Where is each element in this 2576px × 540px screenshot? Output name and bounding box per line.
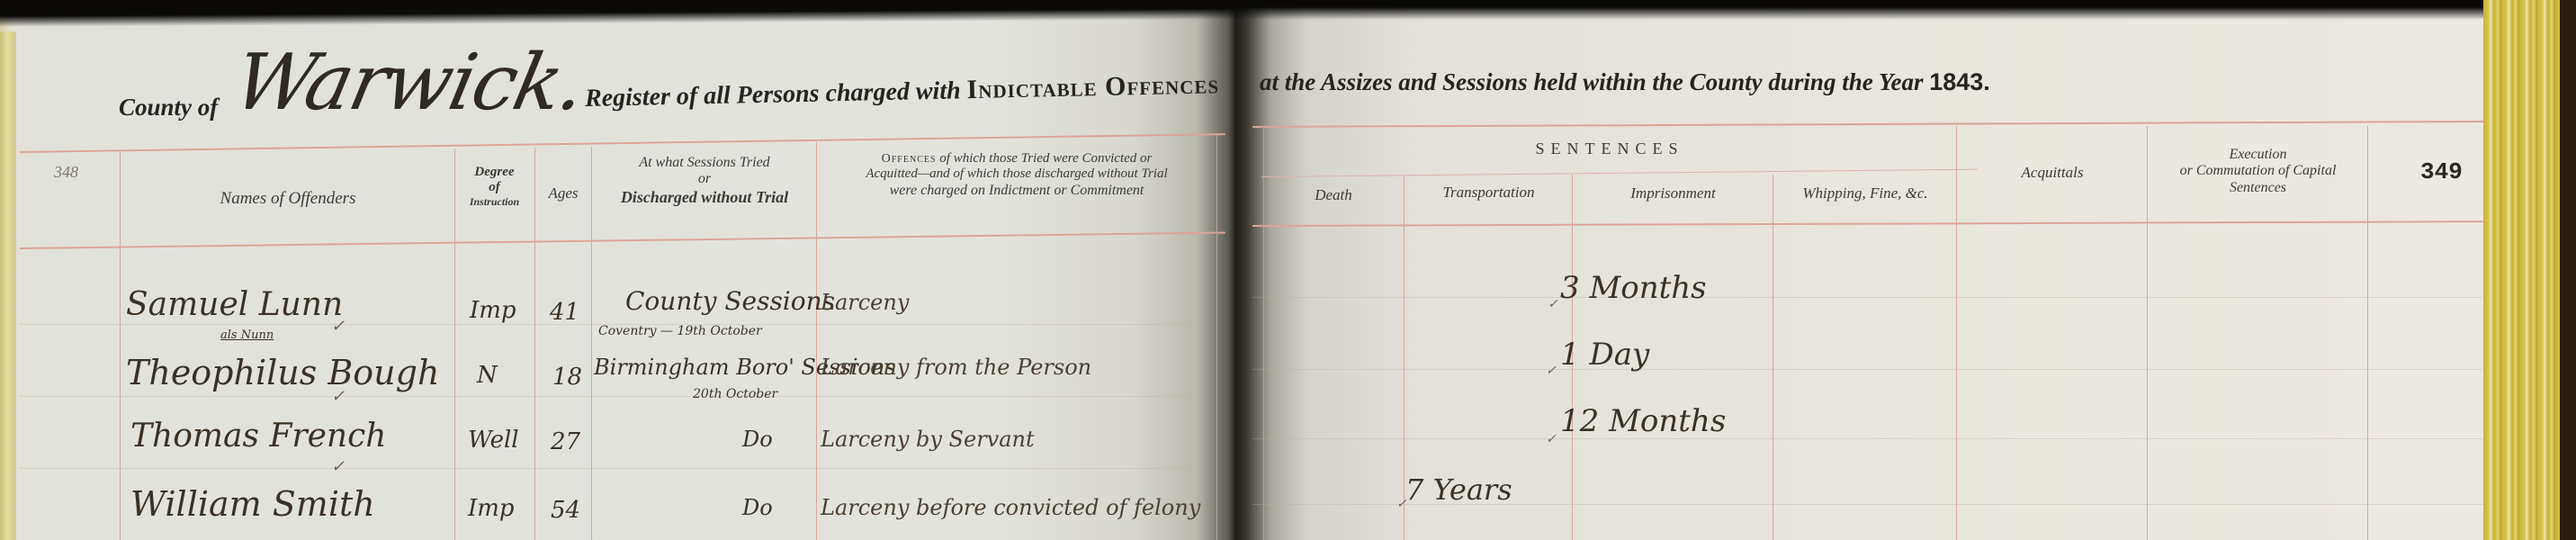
record-4-transportation: 7 Years [1405, 472, 1512, 507]
record-4-name: William Smith [130, 484, 375, 524]
record-1-name: Samuel Lunn [126, 286, 343, 323]
record-3-name: Thomas French [130, 418, 386, 454]
record-1-sessions-note: Coventry — 19th October [598, 324, 762, 338]
book-cover-edge [2560, 0, 2576, 540]
county-name: Warwick. [226, 38, 592, 128]
page-number-right: 349 [2420, 158, 2463, 185]
register-title: Register of all Persons charged with Ind… [585, 69, 1220, 113]
indictable-offences-label: Indictable Offences [966, 69, 1219, 104]
record-4-degree: Imp [468, 495, 515, 522]
record-3-age: 27 [551, 428, 580, 455]
record-3-sessions: Do [742, 427, 773, 452]
record-1-offence: Larceny [821, 290, 909, 315]
record-1-age: 41 [550, 299, 579, 326]
record-2-degree: N [477, 362, 498, 389]
register-title-continued: at the Assizes and Sessions held within … [1260, 68, 1990, 96]
record-3-offence: Larceny by Servant [821, 427, 1035, 452]
record-4-offence: Larceny before convicted of felony [821, 495, 1200, 520]
record-2-offence: Larceny from the Person [821, 355, 1091, 380]
record-4-sessions: Do [742, 495, 773, 520]
page-number-left: 348 [54, 163, 78, 182]
col-sessions: At what Sessions Tried or Discharged wit… [594, 155, 815, 206]
col-whipping-fine: Whipping, Fine, &c. [1774, 184, 1956, 202]
right-page: at the Assizes and Sessions held within … [1234, 0, 2576, 540]
record-3-imprisonment: 12 Months [1560, 403, 1726, 439]
record-2-imprisonment: 1 Day [1560, 337, 1649, 373]
binding-shadow-top-right [1234, 0, 2576, 22]
record-1-sessions: County Sessions [625, 286, 835, 316]
col-offences: Offences of which those Tried were Convi… [819, 151, 1215, 199]
col-degree-of-instruction: Degree of Instruction [454, 165, 534, 208]
col-death: Death [1263, 186, 1404, 204]
record-2-sessions-note: 20th October [693, 387, 777, 401]
record-2-age: 18 [552, 364, 582, 391]
record-1-alias: als Nunn [220, 328, 274, 342]
col-group-sentences: SENTENCES [1263, 139, 1956, 158]
record-3-degree: Well [468, 427, 519, 454]
record-1-imprisonment: 3 Months [1560, 270, 1707, 306]
col-ages: Ages [536, 184, 590, 202]
year: 1843. [1929, 68, 1990, 95]
col-transportation: Transportation [1405, 184, 1572, 202]
record-2-name: Theophilus Bough [126, 353, 439, 392]
county-label: County of [119, 94, 218, 121]
record-1-degree: Imp [470, 297, 516, 324]
col-imprisonment: Imprisonment [1574, 184, 1773, 202]
col-acquittals: Acquittals [1958, 164, 2147, 182]
col-names-of-offenders: Names of Offenders [121, 189, 454, 209]
col-execution-commutation: Execution or Commutation of Capital Sent… [2149, 147, 2367, 196]
left-page: County of Warwick. Register of all Perso… [0, 0, 1234, 540]
record-4-age: 54 [551, 497, 580, 524]
left-page-edge [0, 31, 16, 540]
register-title-text: Register of all Persons charged with [585, 76, 961, 112]
